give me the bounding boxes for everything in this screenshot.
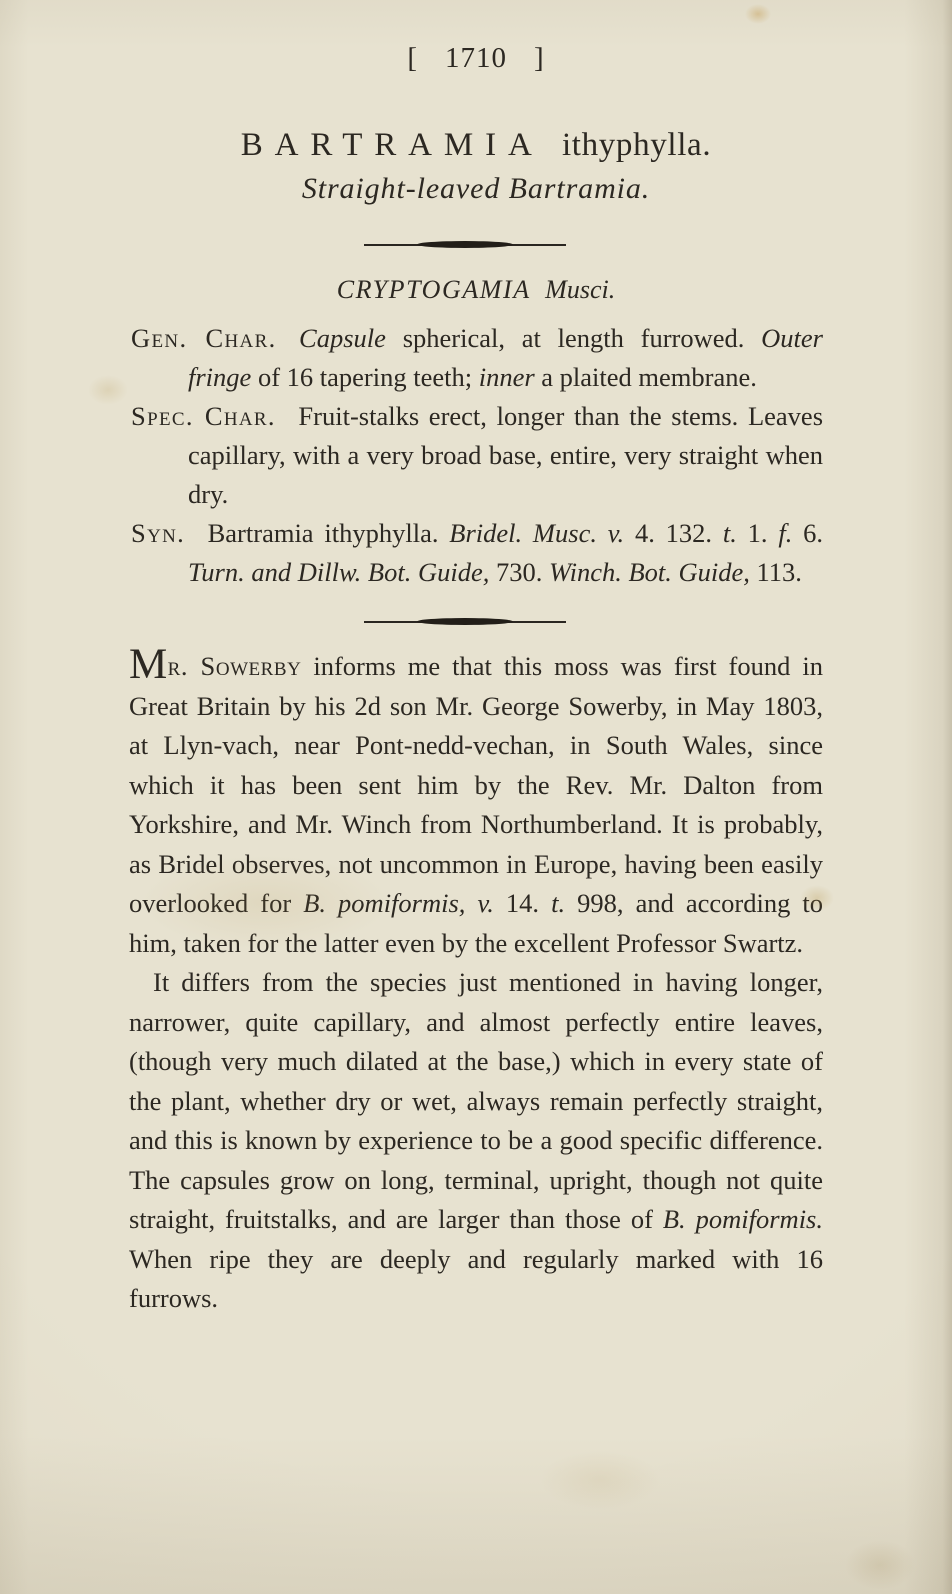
spec-char-entry: Spec. Char.Fruit-stalks erect, longer th… [131, 397, 823, 514]
foxing-stain [845, 1540, 915, 1590]
species-epithet: ithyphylla. [562, 127, 711, 163]
syn-text: Bartramia ithyphylla. Bridel. Musc. v. 4… [188, 518, 823, 587]
gen-char-entry: Gen. Char.Capsule spherical, at length f… [131, 319, 823, 397]
class-name: CRYPTOGAMIA [337, 275, 531, 304]
gen-char-label: Gen. Char. [131, 323, 277, 353]
divider-lens [417, 241, 513, 248]
page-number-bracket-open: [ [407, 42, 418, 75]
swelled-rule-divider [364, 618, 566, 625]
foxing-stain [540, 1450, 660, 1510]
syn-entry: Syn.Bartramia ithyphylla. Bridel. Musc. … [131, 514, 823, 592]
body-text: Mr. Sowerby informs me that this moss wa… [129, 647, 823, 1319]
classification-heading: CRYPTOGAMIA Musci. [0, 275, 952, 305]
divider-lens [417, 618, 513, 625]
species-title: BARTRAMIA ithyphylla. [0, 127, 952, 164]
syn-label: Syn. [131, 518, 185, 548]
swelled-rule-divider [364, 241, 566, 248]
paragraph-description: It differs from the species just mention… [129, 963, 823, 1319]
spec-char-label: Spec. Char. [131, 401, 276, 431]
order-name: Musci. [545, 275, 615, 304]
page-number-bracket-close: ] [534, 42, 545, 75]
page-number-value: 1710 [445, 42, 507, 75]
common-name: Straight-leaved Bartramia. [0, 172, 952, 206]
scanned-book-page: [ 1710 ] BARTRAMIA ithyphylla. Straight-… [0, 0, 952, 1319]
character-list: Gen. Char.Capsule spherical, at length f… [131, 319, 823, 592]
paragraph-discovery: Mr. Sowerby informs me that this moss wa… [129, 647, 823, 963]
gen-char-text: Capsule spherical, at length furrowed. O… [188, 323, 823, 392]
genus-name: BARTRAMIA [241, 127, 544, 163]
spec-char-text: Fruit-stalks erect, longer than the stem… [188, 401, 823, 509]
page-number: [ 1710 ] [0, 0, 952, 75]
